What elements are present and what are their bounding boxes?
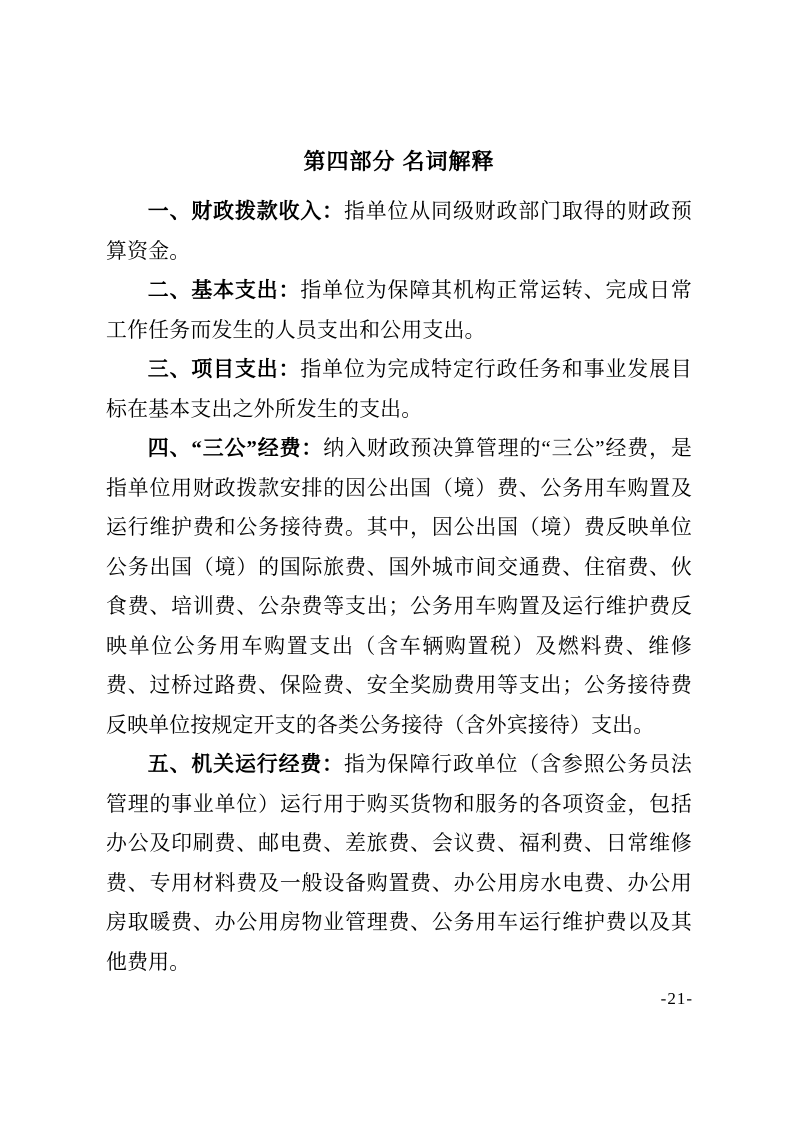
- term-label-2: 二、基本支出：: [148, 278, 301, 302]
- page-number: -21-: [661, 988, 693, 1010]
- definition-paragraph-2: 二、基本支出：指单位为保障其机构正常运转、完成日常工作任务而发生的人员支出和公用…: [106, 271, 692, 350]
- document-page: 第四部分 名词解释 一、财政拨款收入：指单位从同级财政部门取得的财政预算资金。 …: [0, 0, 793, 1122]
- definition-paragraph-1: 一、财政拨款收入：指单位从同级财政部门取得的财政预算资金。: [106, 192, 692, 271]
- term-definition-4: 纳入财政预决算管理的“三公”经费，是指单位用财政拨款安排的因公出国（境）费、公务…: [106, 436, 692, 737]
- definition-paragraph-4: 四、“三公”经费：纳入财政预决算管理的“三公”经费，是指单位用财政拨款安排的因公…: [106, 429, 692, 745]
- term-definition-5: 指为保障行政单位（含参照公务员法管理的事业单位）运行用于购买货物和服务的各项资金…: [106, 752, 692, 974]
- term-label-3: 三、项目支出：: [148, 357, 301, 381]
- term-label-5: 五、机关运行经费：: [148, 752, 344, 776]
- term-label-4: 四、“三公”经费：: [148, 436, 323, 460]
- term-label-1: 一、财政拨款收入：: [148, 199, 344, 223]
- definition-paragraph-3: 三、项目支出：指单位为完成特定行政任务和事业发展目标在基本支出之外所发生的支出。: [106, 350, 692, 429]
- definition-paragraph-5: 五、机关运行经费：指为保障行政单位（含参照公务员法管理的事业单位）运行用于购买货…: [106, 745, 692, 982]
- section-title: 第四部分 名词解释: [106, 146, 692, 178]
- document-content: 第四部分 名词解释 一、财政拨款收入：指单位从同级财政部门取得的财政预算资金。 …: [106, 146, 692, 982]
